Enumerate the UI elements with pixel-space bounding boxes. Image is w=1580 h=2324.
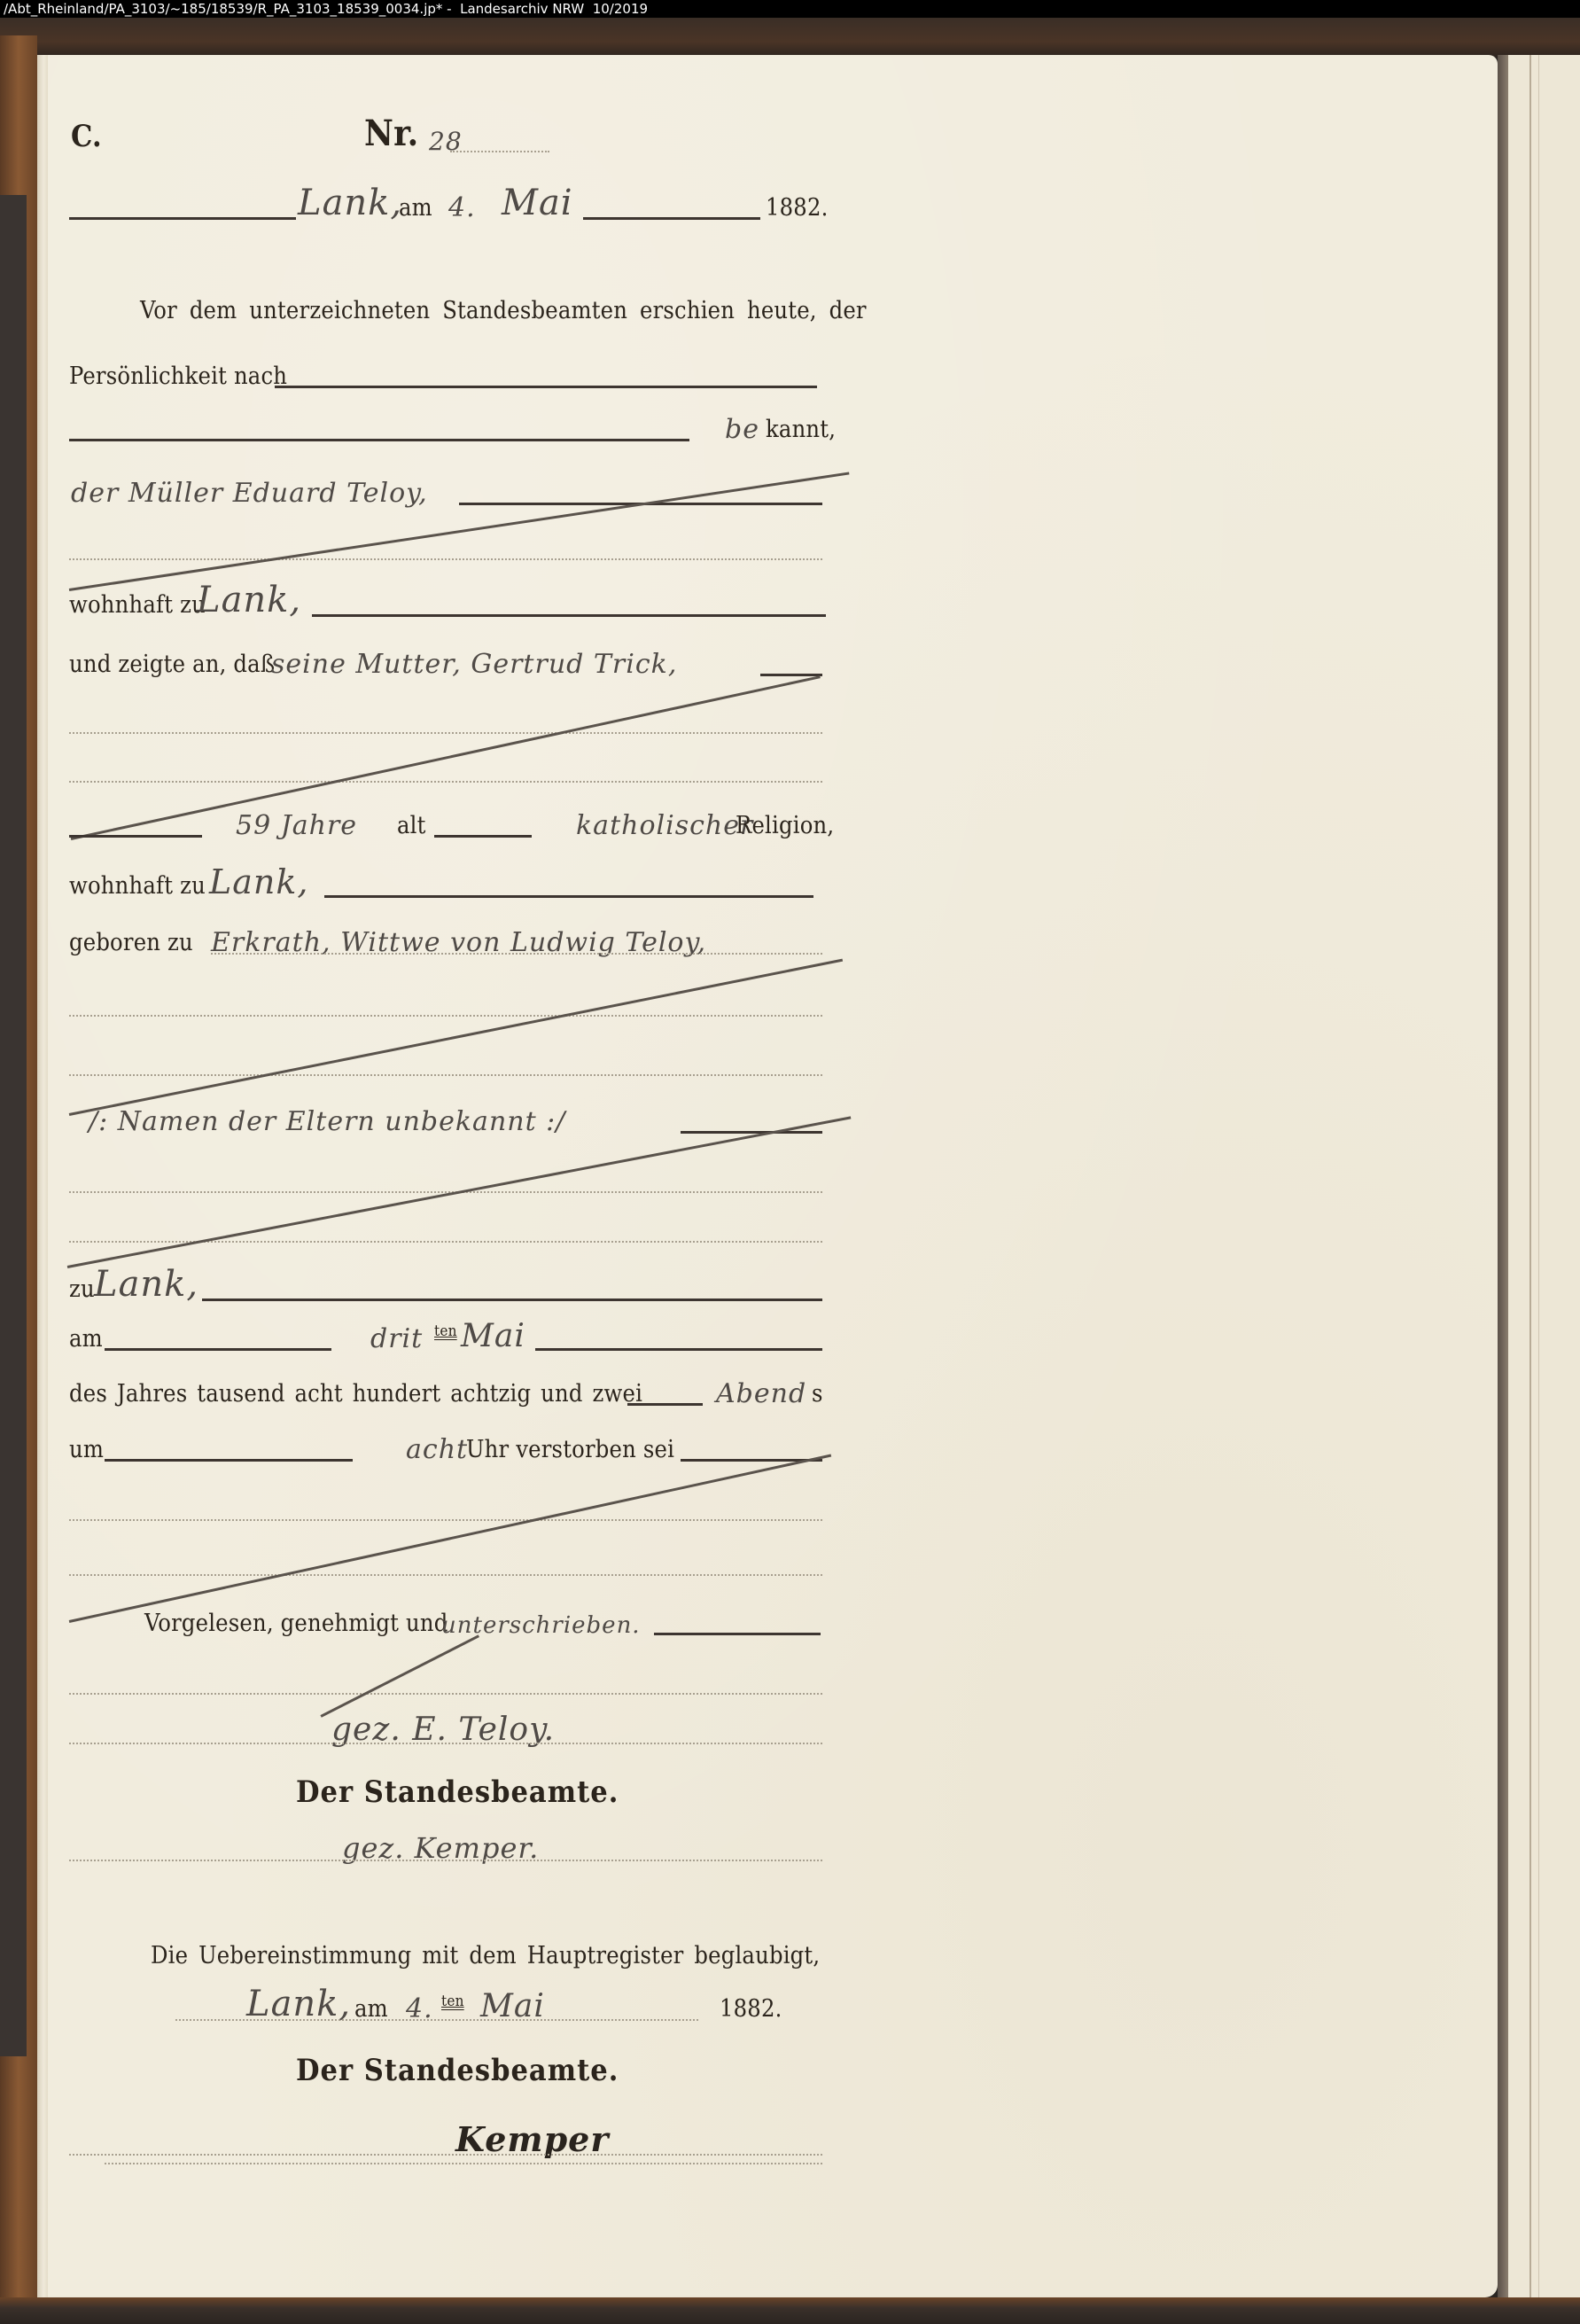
cert-place: Lank, (246, 1984, 351, 2024)
death-date-label: am (69, 1325, 103, 1353)
informant-name: der Müller Eduard Teloy, (71, 478, 428, 509)
residence-label: wohnhaft zu (69, 872, 206, 900)
announcement-row: und zeigte an, daß seine Mutter, Gertrud… (69, 634, 833, 683)
entry-number-row: C. Nr. 28 (69, 106, 833, 160)
certification-date-row: Lank, am 4. ten Mai 1882. (69, 1978, 833, 2028)
cert-day: 4. (406, 1993, 433, 2024)
page-edge (37, 55, 48, 2297)
age-value: 59 Jahre (236, 810, 357, 841)
religion-label: Religion, (736, 812, 834, 839)
death-place-row: zu Lank, (69, 1259, 833, 1308)
age-religion-row: 59 Jahre alt katholischer Religion, (69, 795, 833, 845)
read-approved-row: Vorgelesen, genehmigt und unterschrieben… (69, 1593, 833, 1642)
cert-year: 1882. (720, 1995, 782, 2023)
registrar-signature-row-1: gez. Kemper. (69, 1819, 833, 1868)
year-row: des Jahres tausend acht hundert achtzig … (69, 1363, 833, 1413)
intro-text: Vor dem unterzeichneten Standesbeamten e… (140, 297, 867, 324)
book-cover-left (0, 35, 37, 2305)
death-place-value: Lank, (94, 1264, 198, 1305)
certification-text: Die Uebereinstimmung mit dem Hauptregist… (151, 1942, 820, 1969)
parents-note: /: Namen der Eltern unbekannt :/ (89, 1106, 565, 1137)
birth-label: geboren zu (69, 929, 193, 956)
residence-value: Lank, (197, 580, 301, 620)
identity-label: Persönlichkeit nach (69, 363, 287, 390)
book-cover-bottom (0, 2297, 1580, 2324)
known-print: kannt, (766, 416, 836, 443)
month: Mai (502, 183, 573, 223)
registrar-title-row-1: Der Standesbeamte. (69, 1766, 833, 1815)
time-of-day-suffix: s (812, 1380, 823, 1408)
registration-date-row: Lank, am 4. Mai 1882. (69, 177, 833, 227)
deceased-name: seine Mutter, Gertrud Trick, (271, 649, 677, 680)
cert-month: Mai (480, 1988, 545, 2024)
am-label: am (399, 194, 432, 222)
read-label: Vorgelesen, genehmigt und (144, 1610, 448, 1637)
death-time-row: um acht Uhr verstorben sei (69, 1419, 833, 1469)
certification-row: Die Uebereinstimmung mit dem Hauptregist… (69, 1925, 833, 1975)
section-letter: C. (71, 119, 102, 154)
death-month: Mai (461, 1318, 525, 1354)
cert-am-label: am (354, 1995, 388, 2023)
informant-signature-row: gez. E. Teloy. (69, 1702, 833, 1751)
next-page-strip (1508, 55, 1580, 2297)
registrar-title: Der Standesbeamte. (296, 2053, 619, 2088)
residence-label: wohnhaft zu (69, 591, 206, 619)
death-day-suffix: ten (434, 1322, 457, 1340)
window-title-bar: /Abt_Rheinland/PA_3103/~185/18539/R_PA_3… (0, 0, 1580, 18)
year-words: des Jahres tausend acht hundert achtzig … (69, 1380, 642, 1408)
informant-row: der Müller Eduard Teloy, (69, 463, 833, 512)
identity-row: Persönlichkeit nach (69, 346, 833, 395)
residence-row-2: wohnhaft zu Lank, (69, 855, 833, 905)
number-label: Nr. (364, 113, 418, 154)
died-text: Uhr verstorben sei (466, 1436, 674, 1463)
registrar-title-row-2: Der Standesbeamte. (69, 2044, 833, 2094)
death-place-label: zu (69, 1275, 95, 1303)
known-row: be kannt, (69, 399, 833, 448)
hour-value: acht (406, 1434, 468, 1465)
place: Lank, (298, 183, 402, 223)
death-day: drit (370, 1323, 423, 1354)
residence-row-1: wohnhaft zu Lank, (69, 574, 833, 624)
intro-row: Vor dem unterzeichneten Standesbeamten e… (69, 280, 833, 330)
book-cover-top (0, 18, 1580, 58)
time-of-day: Abend (716, 1378, 806, 1409)
announcement-label: und zeigte an, daß (69, 651, 275, 678)
parents-row: /: Namen der Eltern unbekannt :/ (69, 1091, 833, 1141)
registrar-title: Der Standesbeamte. (296, 1774, 619, 1810)
known-hand: be (725, 414, 759, 445)
residence-value: Lank, (209, 862, 308, 901)
day: 4. (448, 192, 476, 223)
age-label: alt (397, 812, 426, 839)
death-date-row: am drit ten Mai (69, 1308, 833, 1358)
birth-row: geboren zu Erkrath, Wittwe von Ludwig Te… (69, 912, 833, 962)
cert-day-suffix: ten (441, 1993, 464, 2010)
year: 1882. (766, 194, 829, 222)
read-value: unterschrieben. (441, 1612, 641, 1639)
religion-value: katholischer (576, 810, 753, 841)
um-label: um (69, 1436, 104, 1463)
book-gutter (1498, 55, 1508, 2297)
